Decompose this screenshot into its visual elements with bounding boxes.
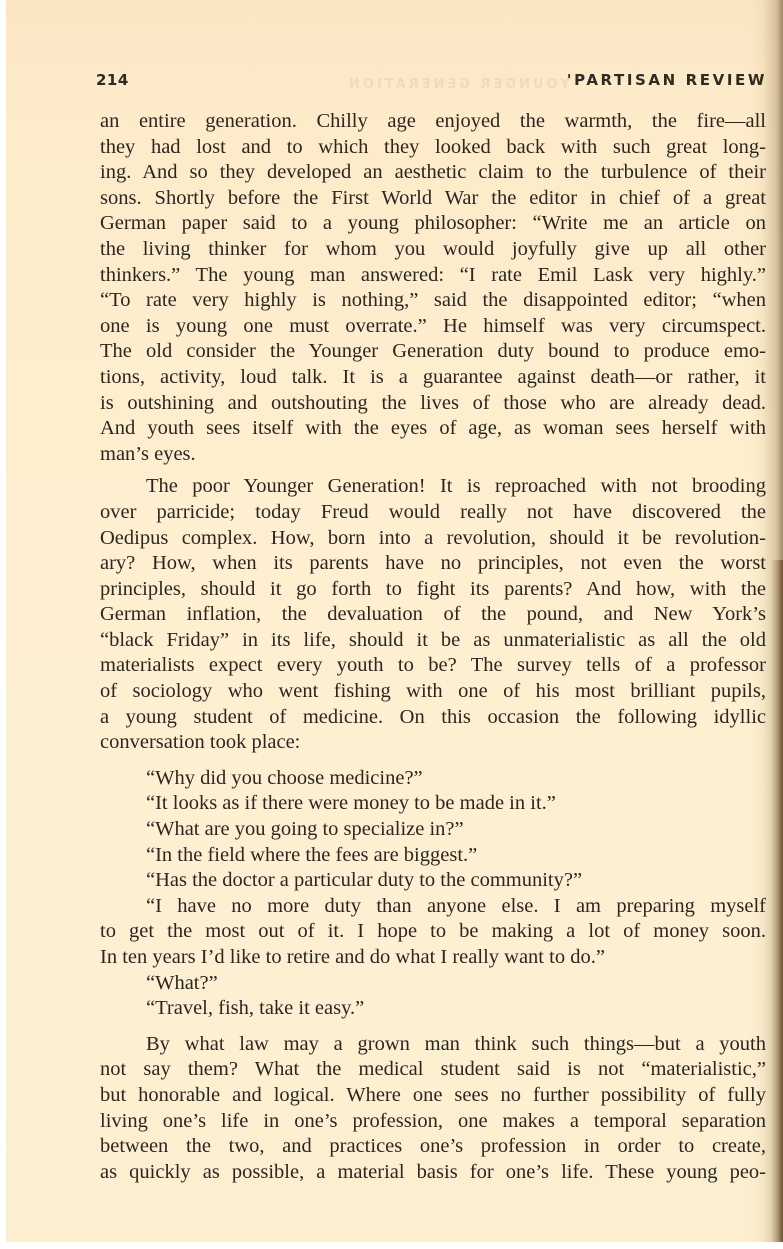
body-text: an entire generation. Chilly age enjoyed… (100, 109, 766, 1185)
text-line: sons. Shortly before the First World War… (100, 186, 766, 212)
text-line: as quickly as possible, a material basis… (100, 1160, 766, 1186)
text-line: “black Friday” in its life, should it be… (100, 628, 766, 654)
text-line: but honorable and logical. Where one see… (100, 1083, 766, 1109)
text-line: The poor Younger Generation! It is repro… (100, 474, 766, 500)
dialogue-line: “What?” (100, 971, 766, 997)
text-line: man’s eyes. (100, 442, 766, 468)
text-line: thinkers.” The young man answered: “I ra… (100, 263, 766, 289)
paragraph-2: The poor Younger Generation! It is repro… (100, 474, 766, 756)
dialogue-gap (100, 756, 766, 766)
dialogue-line: “Why did you choose medicine?” (100, 766, 766, 792)
paragraph-1: an entire generation. Chilly age enjoyed… (100, 109, 766, 467)
scan-margin (0, 1242, 783, 1249)
text-line: materialists expect every youth to be? T… (100, 653, 766, 679)
dialogue-gap (100, 1022, 766, 1032)
text-line: conversation took place: (100, 730, 766, 756)
text-line: a young student of medicine. On this occ… (100, 705, 766, 731)
text-line: they had lost and to which they looked b… (100, 135, 766, 161)
dialogue-line: “Has the doctor a particular duty to the… (100, 868, 766, 894)
text-line: the living thinker for whom you would jo… (100, 237, 766, 263)
text-line: tions, activity, loud talk. It is a guar… (100, 365, 766, 391)
dialogue-line: to get the most out of it. I hope to be … (100, 919, 766, 945)
text-line: not say them? What the medical student s… (100, 1057, 766, 1083)
journal-title: 'PARTISAN REVIEW (567, 71, 767, 89)
dialogue-block: “Why did you choose medicine?” “It looks… (100, 766, 766, 1022)
paragraph-3: By what law may a grown man think such t… (100, 1032, 766, 1186)
text-line: German paper said to a young philosopher… (100, 211, 766, 237)
text-line: “To rate very highly is nothing,” said t… (100, 288, 766, 314)
text-line: ary? How, when its parents have no princ… (100, 551, 766, 577)
text-line: one is young one must overrate.” He hims… (100, 314, 766, 340)
page-number: 214 (96, 71, 129, 89)
text-line: German inflation, the devaluation of the… (100, 602, 766, 628)
text-line: And youth sees itself with the eyes of a… (100, 416, 766, 442)
text-line: By what law may a grown man think such t… (100, 1032, 766, 1058)
text-line: between the two, and practices one’s pro… (100, 1134, 766, 1160)
text-line: ing. And so they developed an aesthetic … (100, 160, 766, 186)
text-line: over parricide; today Freud would really… (100, 500, 766, 526)
text-line: The old consider the Younger Generation … (100, 339, 766, 365)
dialogue-line: “What are you going to specialize in?” (100, 817, 766, 843)
text-line: is outshining and outshouting the lives … (100, 391, 766, 417)
text-line: living one’s life in one’s profession, o… (100, 1109, 766, 1135)
dialogue-line: In ten years I’d like to retire and do w… (100, 945, 766, 971)
dialogue-line: “It looks as if there were money to be m… (100, 791, 766, 817)
text-line: Oedipus complex. How, born into a revolu… (100, 526, 766, 552)
dialogue-line: “In the field where the fees are biggest… (100, 843, 766, 869)
text-line: principles, should it go forth to fight … (100, 577, 766, 603)
text-line: an entire generation. Chilly age enjoyed… (100, 109, 766, 135)
book-page: YOUNGER GENERATION 214 'PARTISAN REVIEW … (6, 0, 783, 1242)
text-line: of sociology who went fishing with one o… (100, 679, 766, 705)
dialogue-line: “Travel, fish, take it easy.” (100, 996, 766, 1022)
paragraph-gap (100, 467, 766, 474)
dialogue-line: “I have no more duty than anyone else. I… (100, 894, 766, 920)
